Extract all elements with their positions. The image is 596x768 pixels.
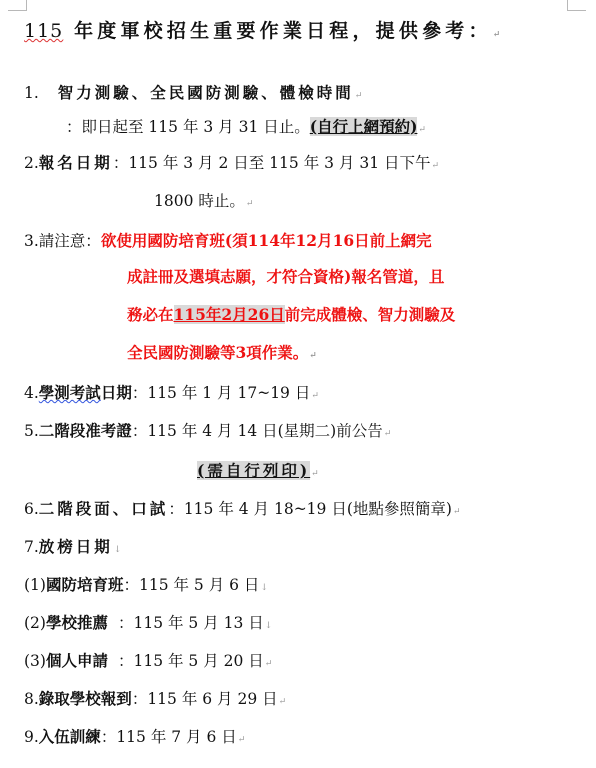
item-2-cont: 1800 時止。↵ [154, 190, 253, 215]
item-label: 學測考試 [39, 383, 101, 402]
line-break-mark-icon: ↓ [265, 621, 273, 631]
sub-item-value: ：115 年 5 月 6 日 [123, 576, 259, 594]
item-label: 日期 [101, 383, 132, 402]
item-value: ：115 年 4 月 18~19 日(地點參照簡章) [168, 500, 452, 518]
item-label: 請注意： [39, 232, 101, 250]
item-label: 二階段面、口試 [39, 499, 169, 518]
item-label: 報名日期 [39, 153, 113, 172]
item-number: 3. [24, 232, 39, 250]
paragraph-mark-icon: ↵ [493, 30, 505, 40]
paragraph-mark-icon: ↵ [418, 125, 426, 135]
item-3: 3.請注意：欲使用國防培育班(須114年12月16日前上網完 [24, 230, 432, 252]
sub-item-value: ：115 年 5 月 20 日 [118, 652, 264, 670]
item-value: ：115 年 4 月 14 日(星期二)前公告 [132, 422, 383, 440]
item-label: 智力測驗、全民國防測驗、體檢時間 [58, 83, 354, 102]
item-label: 放榜日期 [39, 537, 113, 556]
paragraph-mark-icon: ↵ [311, 469, 319, 479]
item-8: 8.錄取學校報到：115 年 6 月 29 日↵ [24, 688, 286, 713]
title-text: 年度軍校招生重要作業日程，提供參考： [63, 20, 491, 42]
paragraph-mark-icon: ↵ [355, 91, 363, 101]
item-value: 1800 時止。 [154, 192, 245, 210]
warning-text: 欲使用國防培育班(須114年12月16日前上網完 [101, 231, 432, 250]
sub-item-label: 個人申請 [46, 651, 108, 670]
paragraph-mark-icon: ↵ [265, 659, 273, 669]
paragraph-mark-icon: ↵ [384, 429, 392, 439]
item-7-sub-3: (3)個人申請：115 年 5 月 20 日↵ [24, 650, 272, 675]
item-1-detail: ：即日起至 115 年 3 月 31 日止。(自行上網預約)↵ [66, 116, 426, 141]
item-number: 9. [24, 728, 39, 746]
warning-text: 務必在 [127, 305, 174, 324]
item-number: 8. [24, 690, 39, 708]
paragraph-mark-icon: ↵ [238, 735, 246, 745]
item-9: 9.入伍訓練：115 年 7 月 6 日↵ [24, 726, 245, 751]
item-note-highlight: (需自行列印) [197, 461, 310, 480]
item-number: 1. [24, 84, 39, 102]
item-5-note: (需自行列印)↵ [197, 460, 319, 485]
warning-text: 成註冊及選填志願，才符合資格)報名管道，且 [127, 266, 444, 288]
item-4: 4.學測考試日期：115 年 1 月 17~19 日↵ [24, 382, 319, 407]
paragraph-mark-icon: ↵ [279, 697, 287, 707]
page-corner-mark-left [8, 0, 27, 11]
sub-item-number: (2) [24, 614, 46, 632]
item-label: 錄取學校報到 [39, 689, 132, 708]
item-6: 6.二階段面、口試：115 年 4 月 18~19 日(地點參照簡章)↵ [24, 498, 460, 523]
item-value: ：115 年 7 月 6 日 [101, 728, 237, 746]
warning-text-line3: 務必在115年2月26日前完成體檢、智力測驗及 [127, 304, 455, 326]
item-7: 7.放榜日期↓ [24, 536, 121, 561]
sub-item-label: 學校推薦 [46, 613, 108, 632]
item-7-sub-1: (1)國防培育班：115 年 5 月 6 日↓ [24, 574, 268, 599]
line-break-mark-icon: ↓ [114, 545, 122, 555]
paragraph-mark-icon: ↵ [453, 507, 461, 517]
page-corner-mark-right [567, 0, 586, 11]
paragraph-mark-icon: ↵ [309, 351, 317, 361]
sub-item-number: (1) [24, 576, 46, 594]
item-number: 4. [24, 384, 39, 402]
item-label: 入伍訓練 [39, 727, 101, 746]
item-2: 2.報名日期：115 年 3 月 2 日至 115 年 3 月 31 日下午↵ [24, 152, 439, 177]
item-note-highlight: (自行上網預約) [310, 117, 418, 136]
title-year: 115 [24, 20, 63, 42]
warning-text: 全民國防測驗等3項作業。 [127, 343, 308, 362]
item-number: 2. [24, 154, 39, 172]
item-5: 5.二階段准考證：115 年 4 月 14 日(星期二)前公告↵ [24, 420, 391, 445]
sub-item-value: ：115 年 5 月 13 日 [118, 614, 264, 632]
paragraph-mark-icon: ↵ [432, 161, 440, 171]
sub-item-label: 國防培育班 [46, 575, 124, 594]
item-7-sub-2: (2)學校推薦：115 年 5 月 13 日↓ [24, 612, 272, 637]
document-title: 115 年度軍校招生重要作業日程，提供參考：↵ [24, 16, 504, 43]
sub-item-number: (3) [24, 652, 46, 670]
warning-text-line4: 全民國防測驗等3項作業。↵ [127, 342, 317, 367]
item-number: 7. [24, 538, 39, 556]
item-number: 5. [24, 422, 39, 440]
item-detail: ：即日起至 115 年 3 月 31 日止。 [66, 118, 310, 136]
item-number: 6. [24, 500, 39, 518]
item-value: ：115 年 3 月 2 日至 115 年 3 月 31 日下午 [113, 154, 431, 172]
line-break-mark-icon: ↓ [260, 583, 268, 593]
paragraph-mark-icon: ↵ [246, 199, 254, 209]
deadline-date-highlight: 115年2月26日 [174, 305, 285, 324]
paragraph-mark-icon: ↵ [311, 391, 319, 401]
item-1: 1. 智力測驗、全民國防測驗、體檢時間↵ [24, 82, 362, 107]
item-value: ：115 年 6 月 29 日 [132, 690, 278, 708]
warning-text: 前完成體檢、智力測驗及 [285, 305, 456, 324]
item-label: 二階段准考證 [39, 421, 132, 440]
item-value: ：115 年 1 月 17~19 日 [132, 384, 311, 402]
